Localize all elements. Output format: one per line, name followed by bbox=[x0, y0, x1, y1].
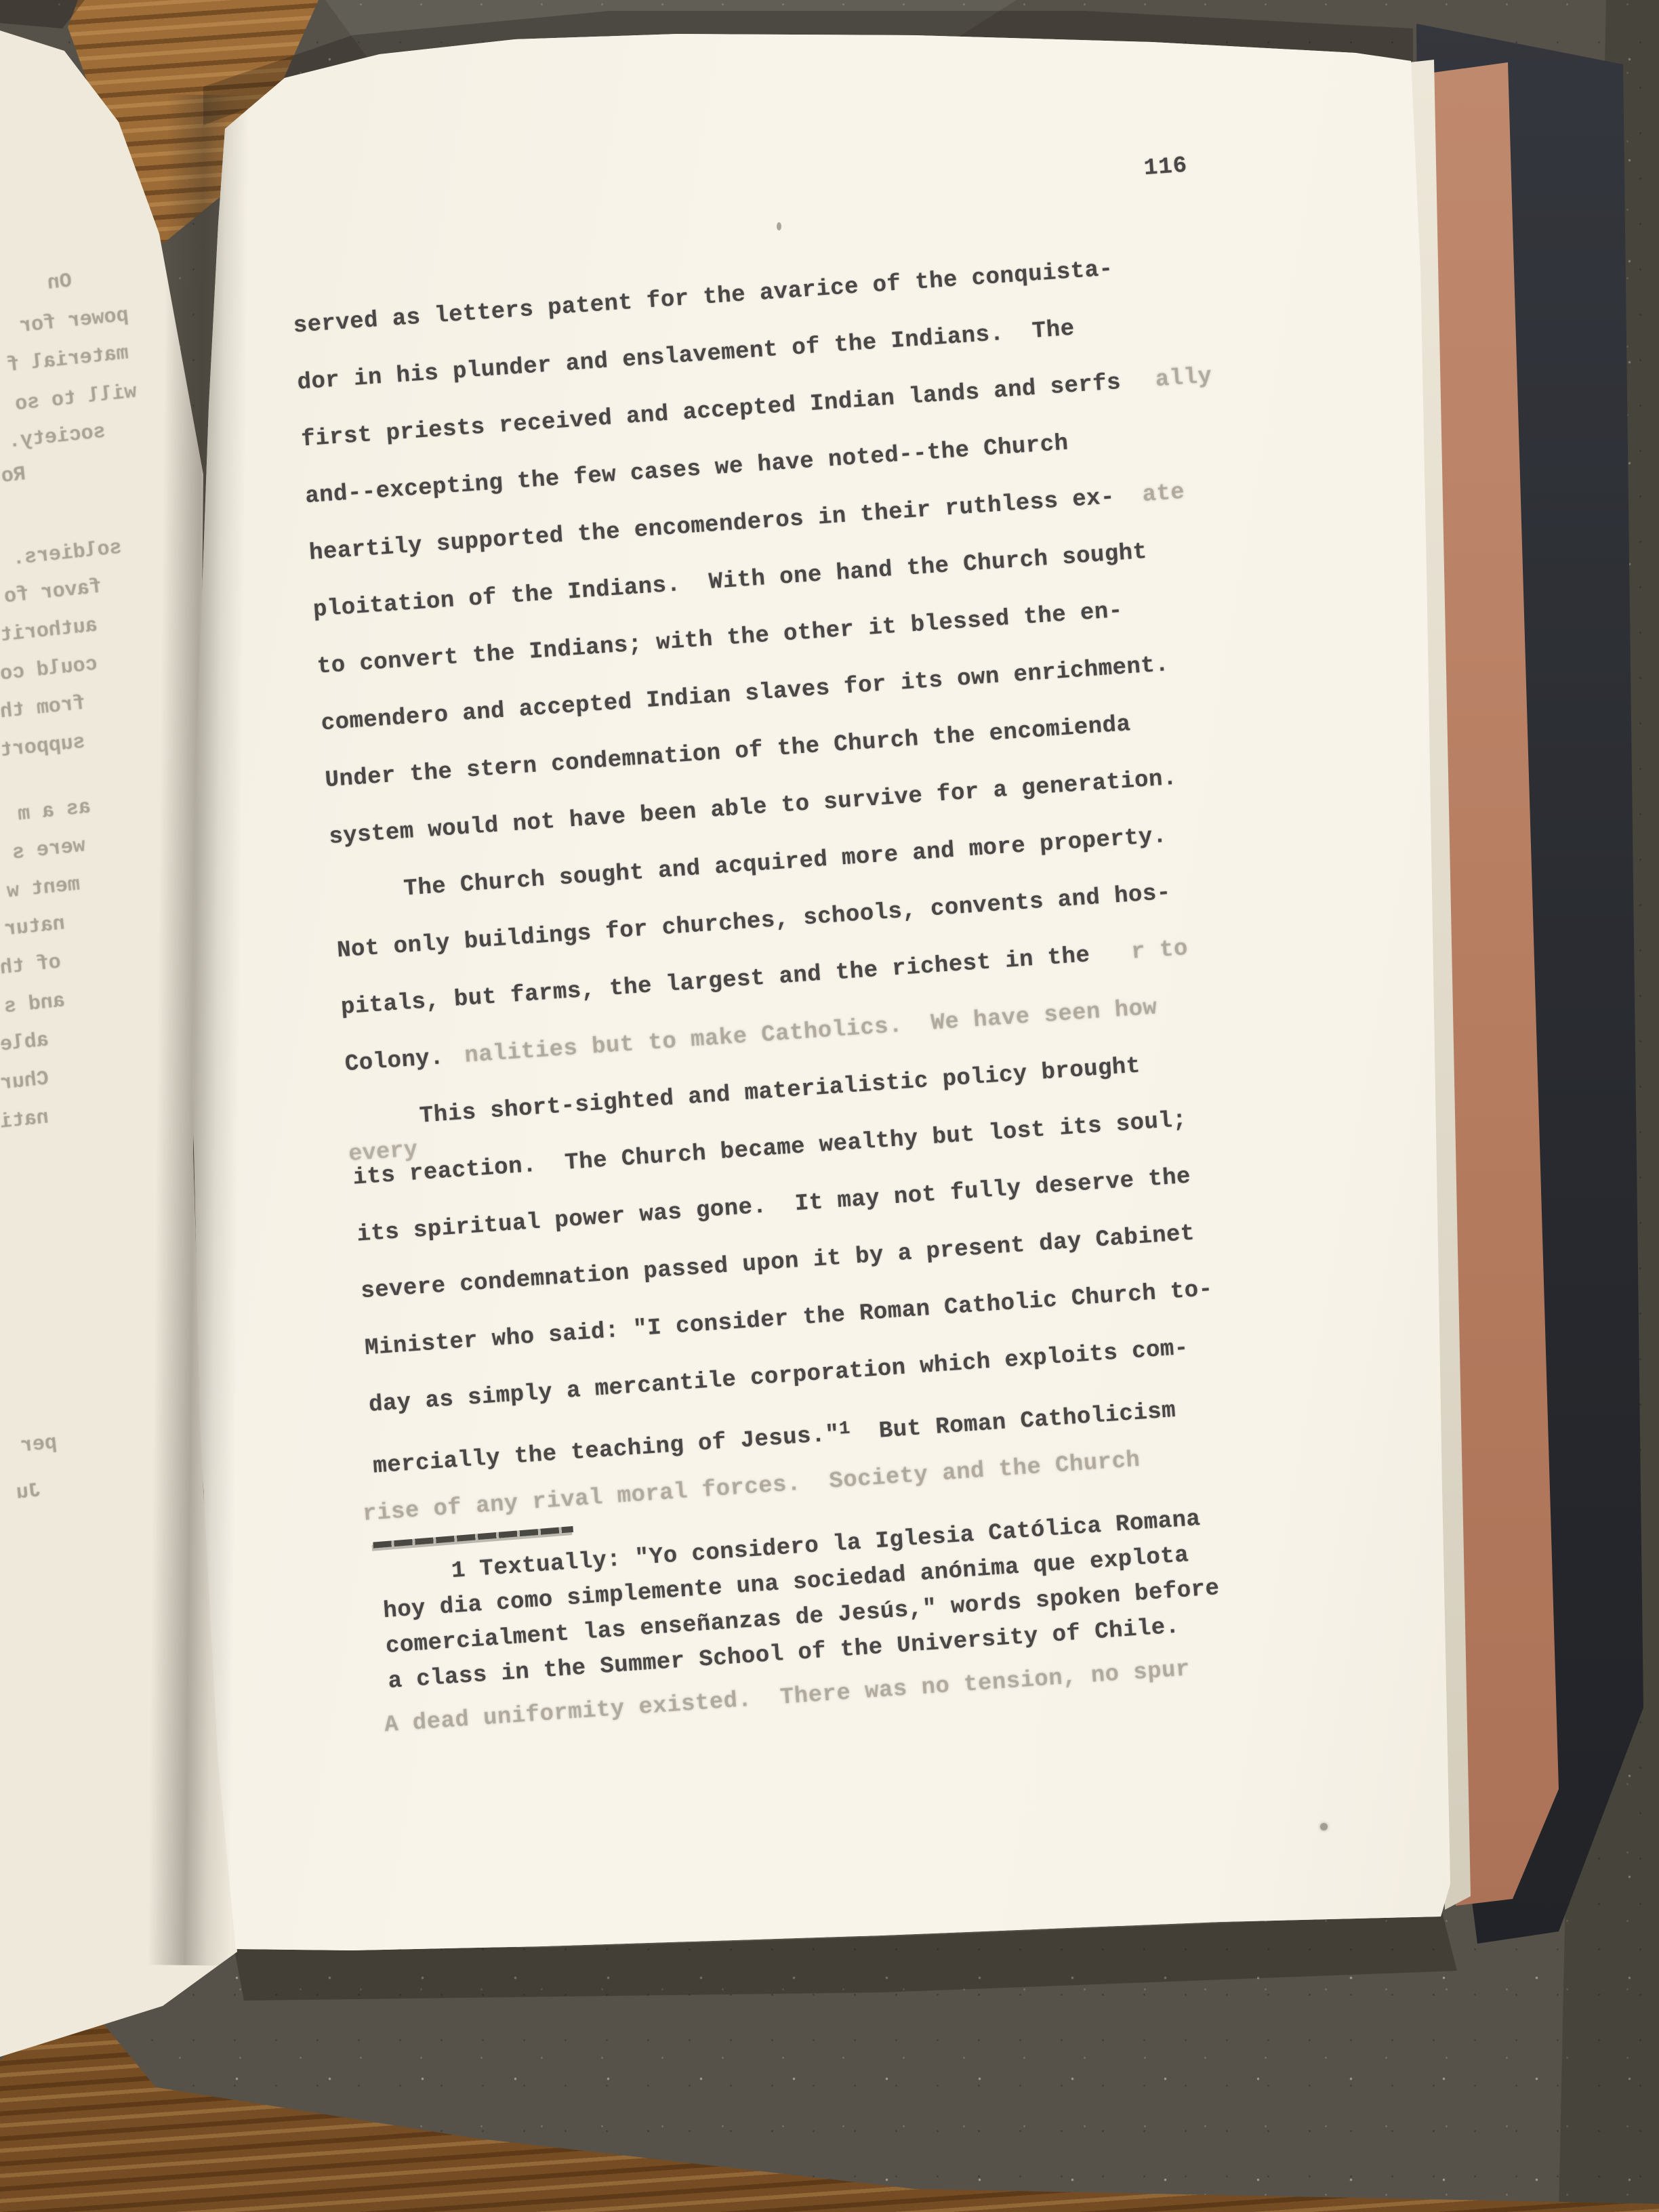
left-page-ghost-fragment: per bbox=[19, 1431, 58, 1458]
page-number: 116 bbox=[1143, 153, 1189, 182]
ghost-fragment: ally bbox=[1155, 364, 1213, 394]
footnote-marker: 1 bbox=[838, 1419, 851, 1440]
typed-text-block: served as letters patent for the avarice… bbox=[291, 224, 1447, 1743]
ghost-fragment: ate bbox=[1141, 480, 1185, 508]
typed-line-text: Colony. bbox=[344, 1045, 445, 1078]
typed-line-text: But Roman Catholicism bbox=[850, 1398, 1176, 1446]
left-page-ghost-fragment: Ro bbox=[0, 463, 26, 489]
ink-speck bbox=[777, 222, 781, 230]
ghost-fragment: r to bbox=[1130, 936, 1189, 966]
page-fleck bbox=[1320, 1823, 1328, 1830]
left-page-ghost-fragment: On bbox=[46, 270, 73, 295]
left-page-ghost-fragment: Ju bbox=[15, 1479, 41, 1505]
ghost-fragment: every bbox=[348, 1137, 418, 1168]
book-photo-stage: On power for material f will to so socie… bbox=[0, 0, 1659, 2212]
